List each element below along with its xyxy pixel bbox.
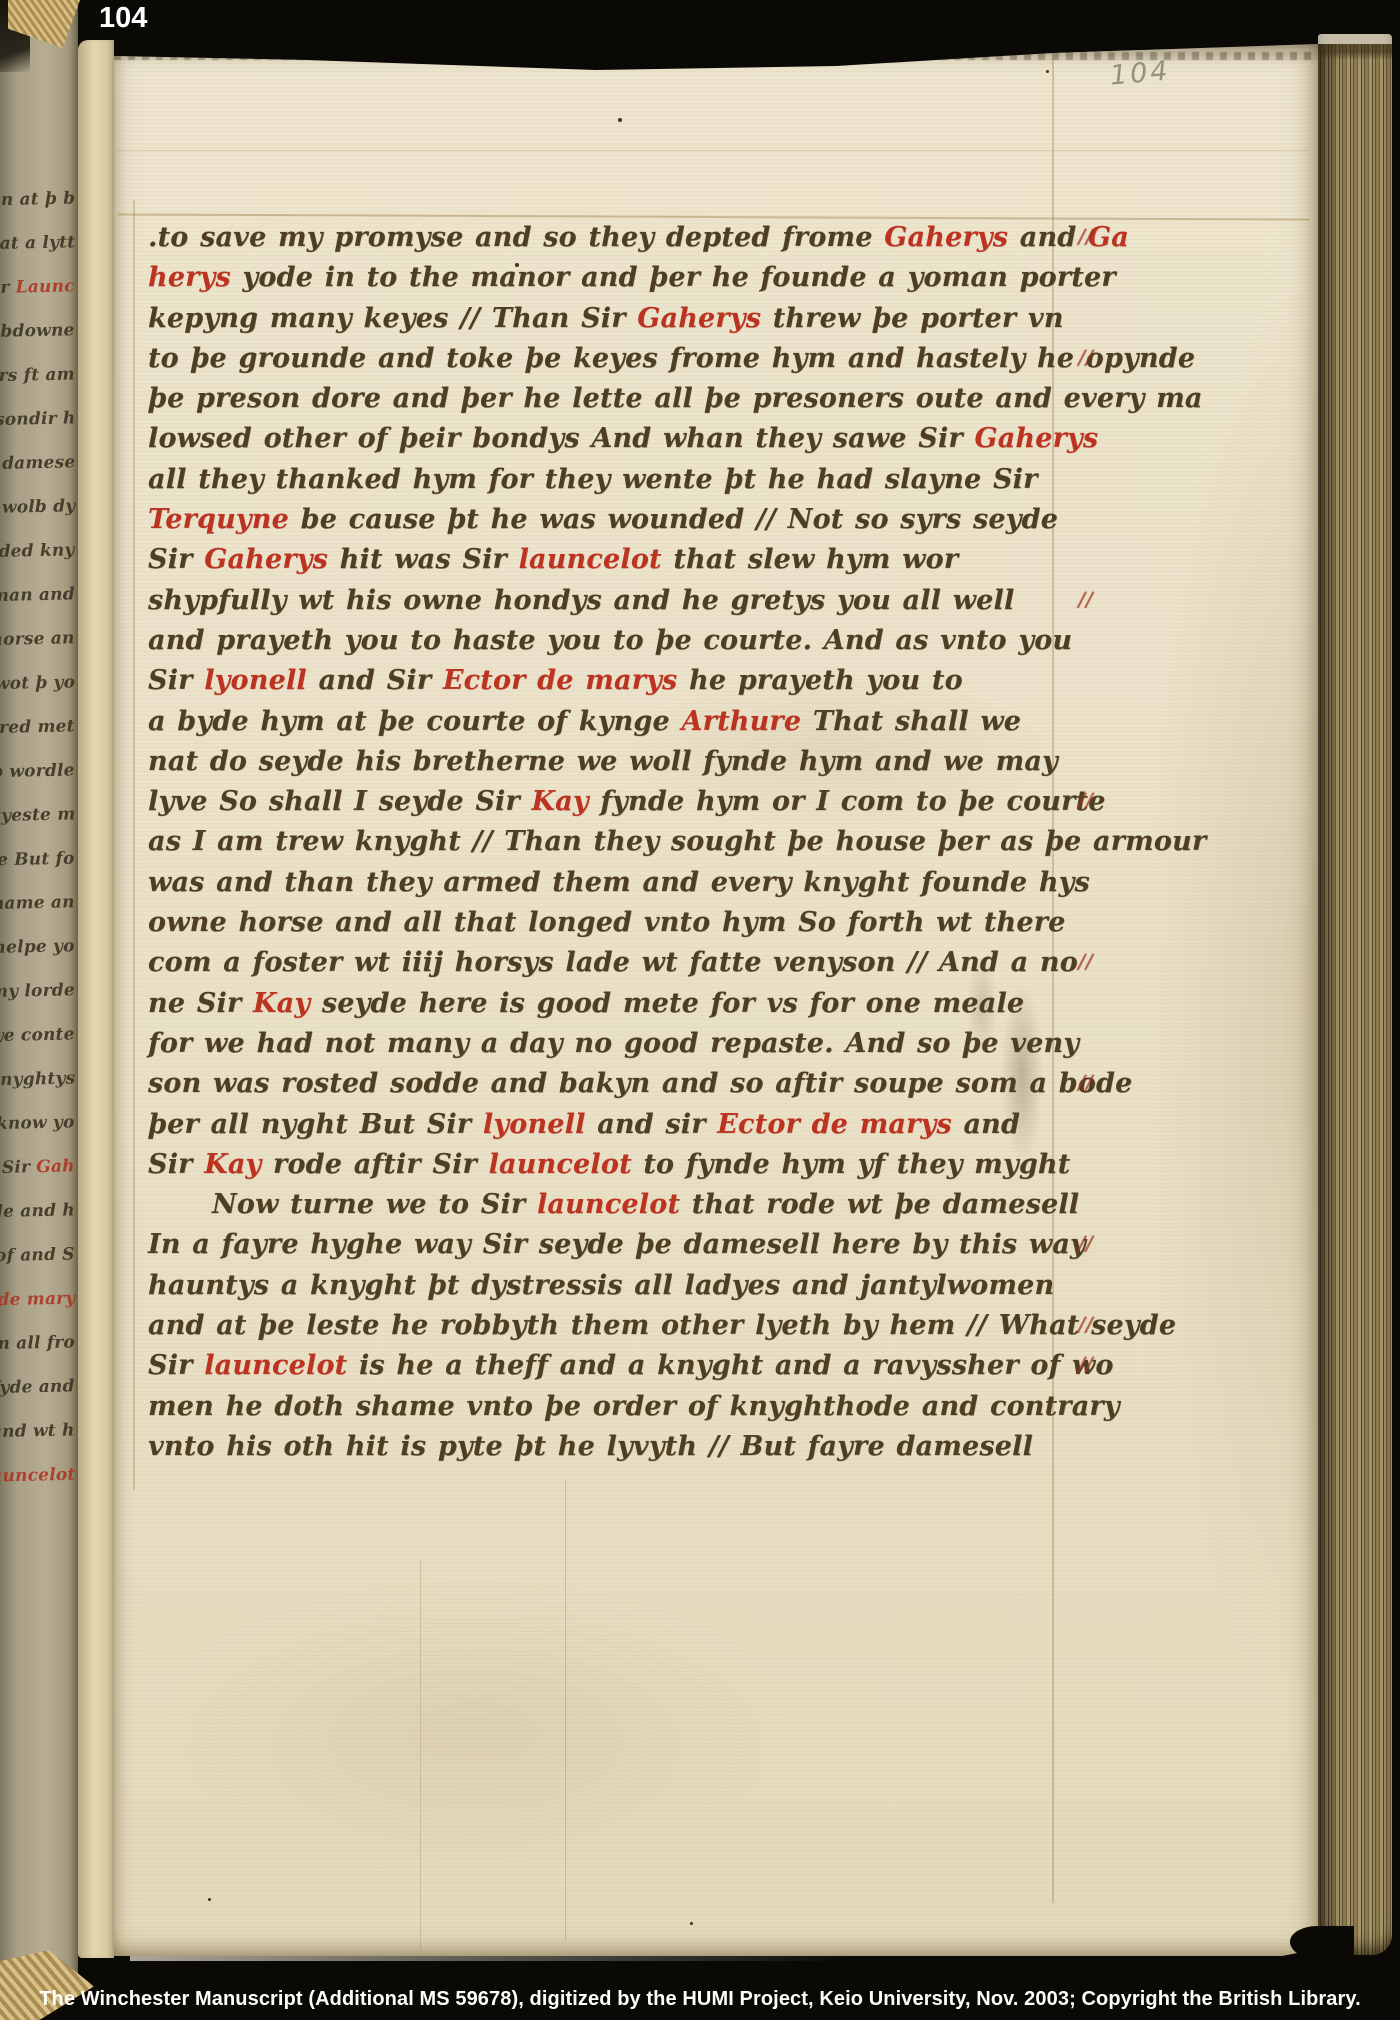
manuscript-line: and prayeth you to haste you to þe court… [148, 625, 1098, 665]
facing-leaf-text-fragment: lorde I wot þ yo [0, 672, 75, 695]
facing-leaf-text-fragment: cast for my lorde [0, 980, 75, 1003]
rubric-margin-mark: // [1078, 224, 1093, 248]
ink-text: hit was Sir [328, 544, 518, 575]
rubric-margin-mark: // [1078, 788, 1093, 812]
rubric-word: Kay [253, 988, 310, 1019]
frame-page-number: 104 [99, 2, 147, 35]
ink-text: seyde here is good mete for vs for one m… [310, 988, 1024, 1019]
ink-text: .to save my promyse and so they depted f… [148, 222, 884, 253]
ink-spot [208, 1898, 211, 1901]
ink-text: copled of and S [0, 1244, 75, 1267]
facing-leaf-text-fragment: hym by þ bdowne [0, 320, 75, 344]
manuscript-line: þer all nyght But Sir lyonell and sir Ec… [148, 1109, 1098, 1149]
manuscript-line: a byde hym at þe courte of kynge Arthure… [148, 706, 1098, 746]
facing-leaf-text-fragment: where ye wolb dy [0, 496, 75, 519]
facing-leaf-text-fragment: than þ ye conte [0, 1024, 75, 1047]
manuscript-text-block: .to save my promyse and so they depted f… [148, 222, 1098, 1471]
rubric-word: Gaherys [884, 222, 1008, 253]
rubric-word: Ector de mary [0, 1289, 75, 1312]
ink-text: ne Sir [148, 988, 253, 1019]
ink-text: as I am trew knyght // Than they sought … [148, 826, 1206, 857]
facing-leaf-text-fragment: ecke in sondir h [0, 408, 75, 431]
ink-text: many knyghtys [0, 1068, 75, 1091]
ink-spot [618, 118, 622, 122]
ink-text: horse an [0, 628, 75, 650]
rubric-word: Gah [36, 1156, 75, 1177]
ink-text: vnto the damese [0, 452, 75, 475]
facing-leaf-text-fragment: alyped Sir Launc [0, 276, 75, 299]
rubric-margin-mark: // [1078, 1312, 1093, 1336]
rubric-word: Ector de marys [717, 1109, 952, 1140]
manuscript-line: shypfully wt his owne hondys and he gret… [148, 585, 1098, 625]
facing-leaf-text-fragment: many knyghtys [0, 1068, 75, 1091]
manuscript-line: was and than they armed them and every k… [148, 867, 1098, 907]
ink-text: be cause þt he was wounded // Not so syr… [289, 504, 1058, 535]
ink-text: ecke in sondir h [0, 408, 75, 431]
rubric-margin-mark: // [1078, 1070, 1093, 1094]
ink-text: þer all nyght But Sir [148, 1109, 483, 1140]
ink-text: a byde hym at þe courte of kynge [148, 706, 682, 737]
rubric-word: herys [148, 262, 231, 293]
manuscript-line: In a fayre hyghe way Sir seyde þe damese… [148, 1229, 1098, 1269]
rubric-word: Kay [532, 786, 589, 817]
facing-leaf-text-fragment: to this man and [0, 584, 75, 607]
manuscript-line: lowsed other of þeir bondys And whan the… [148, 423, 1098, 463]
rubric-word: Gaherys [637, 303, 761, 334]
ink-text: bothe fared met [0, 716, 75, 739]
facing-leaf-text-fragment: courte and wt h [0, 1420, 75, 1443]
manuscript-line: men he doth shame vnto þe order of knygh… [148, 1391, 1098, 1431]
ink-text: where ye wolb dy [0, 496, 75, 519]
ink-text: rode aftir Sir [261, 1149, 488, 1180]
ink-text: threw þe porter vn [761, 303, 1064, 334]
ink-text: yode in to the manor and þer he founde a… [231, 262, 1116, 293]
ink-text: that slew hym wor [662, 544, 959, 575]
rubric-word: Launc [16, 276, 75, 297]
ink-text: his shelde and h [0, 1200, 75, 1223]
ink-text: son was rosted sodde and bakyn and so af… [148, 1068, 1132, 1099]
ink-text: hauntys a knyght þt dystressis all ladye… [148, 1270, 1054, 1301]
ink-text: Sir [148, 544, 204, 575]
facing-leaf-text-fragment: þ myghtyeste m [0, 804, 75, 827]
ink-spot [1046, 70, 1049, 73]
ink-text: hym by þ bdowne [0, 320, 75, 344]
rubric-margin-mark: // [1078, 949, 1093, 973]
manuscript-line: for we had not many a day no good repast… [148, 1028, 1098, 1068]
facing-leaf-text-fragment: of Launcelot [0, 1465, 75, 1488]
rubric-margin-mark: // [1078, 1231, 1093, 1255]
ruling-line-left-margin [133, 200, 135, 1490]
ink-text: all they thanked hym for they wente þt h… [148, 464, 1038, 495]
ink-text: men he doth shame vnto þe order of knygh… [148, 1391, 1120, 1422]
ink-text: Sir [148, 1350, 204, 1381]
facing-leaf-text-fragment: f som what a lytt [0, 232, 75, 255]
facing-leaf-text-fragment: his kners ft am [0, 364, 75, 387]
rubric-word: launcelot [537, 1189, 680, 1220]
manuscript-line: ne Sir Kay seyde here is good mete for v… [148, 988, 1098, 1028]
ink-text: That shall we [801, 706, 1021, 737]
ink-text: lde and Sir [0, 1157, 37, 1179]
manuscript-line: lyve So shall I seyde Sir Kay fynde hym … [148, 786, 1098, 826]
gutter-band [78, 40, 114, 1958]
manuscript-line: herys yode in to the manor and þer he fo… [148, 262, 1098, 302]
ink-text: I sawe But fo [0, 849, 75, 872]
ink-text: com a foster wt iiij horsys lade wt fatt… [148, 947, 1078, 978]
ink-text: þe preson dore and þer he lette all þe p… [148, 383, 1203, 414]
facing-leaf-text-fragment: ought to helpe yo [0, 936, 75, 960]
ink-text: In a fayre hyghe way Sir seyde þe damese… [148, 1229, 1086, 1260]
ink-text: to this man and [0, 584, 75, 607]
manuscript-line: þe preson dore and þer he lette all þe p… [148, 383, 1098, 423]
pencil-folio-number: 104 [1109, 55, 1172, 91]
facing-leaf-text-fragment: I sawe But fo [0, 849, 75, 872]
ink-text: to fynde hym yf they myght [632, 1149, 1071, 1180]
ink-text: le me yo name an [0, 892, 75, 916]
facing-leaf-text-fragment: as they fyde and [0, 1376, 75, 1399]
ruling-line-top-faint [118, 150, 1310, 151]
ink-text: and [952, 1109, 1020, 1140]
facing-leaf-text-fragment: vnto the damese [0, 452, 75, 475]
ink-text: his kners ft am [0, 364, 75, 387]
facing-leaf-text-fragment: le me yo name an [0, 892, 75, 916]
facing-leaf-text-fragment: copled of and S [0, 1244, 75, 1267]
rubric-word: lyonell [204, 665, 307, 696]
facing-leaf-text-fragment: Gaherys horse an [0, 628, 75, 652]
ink-text: ought to helpe yo [0, 936, 75, 960]
rubric-word: launcelot [489, 1149, 632, 1180]
facing-leaf-text-fragment: his shelde and h [0, 1200, 75, 1223]
ink-text: nat do seyde his bretherne we woll fynde… [148, 746, 1058, 777]
ink-spot [690, 1922, 693, 1925]
ink-text: fynde hym or I com to þe courte [589, 786, 1106, 817]
rubric-word: launcelot [519, 544, 662, 575]
ink-text: Sir [148, 665, 204, 696]
rubric-word: Gaherys [204, 544, 328, 575]
ink-text: de Than at þ b [0, 189, 75, 212]
ink-text: and [1008, 222, 1088, 253]
manuscript-line: Sir launcelot is he a theff and a knyght… [148, 1350, 1098, 1390]
ink-text: lyve So shall I seyde Sir [148, 786, 532, 817]
ink-text: ete them all fro [0, 1332, 75, 1355]
ink-text: and prayeth you to haste you to þe court… [148, 625, 1072, 656]
rubric-margin-mark: // [1078, 1352, 1093, 1376]
ink-text: vnto his oth hit is pyte þt he lyvyth //… [148, 1431, 1033, 1462]
ink-text: lowsed other of þeir bondys And whan the… [148, 423, 974, 454]
ink-text: Now turne we to Sir [212, 1189, 537, 1220]
ink-text: for we had not many a day no good repast… [148, 1028, 1079, 1059]
manuscript-line: as I am trew knyght // Than they sought … [148, 826, 1098, 866]
manuscript-line: all they thanked hym for they wente þt h… [148, 464, 1098, 504]
ink-text: to þe grounde and toke þe keyes frome hy… [148, 343, 1195, 374]
facing-leaf-text-fragment: olde þ I know yo [0, 1112, 75, 1135]
manuscript-line: hauntys a knyght þt dystressis all ladye… [148, 1270, 1098, 1310]
facing-leaf-text-fragment: ght in þ wordle [0, 760, 75, 783]
ink-text: is he a theff and a knyght and a ravyssh… [347, 1350, 1113, 1381]
shadow-corner-bottom-right [1290, 1926, 1354, 1960]
ink-text: ght in þ wordle [0, 760, 75, 783]
manuscript-line: kepyng many keyes // Than Sir Gaherys th… [148, 303, 1098, 343]
ink-text: that rode wt þe damesell [680, 1189, 1079, 1220]
ink-text: alyped Sir [0, 278, 16, 300]
digitized-manuscript-photo: { "photo": { "frame_page_number": "104",… [0, 0, 1400, 2020]
page-bottom-highlight [130, 1956, 850, 1961]
rubric-word: Kay [204, 1149, 261, 1180]
facing-leaf-text-fragment: de Than at þ b [0, 189, 75, 212]
ink-text: kepyng many keyes // Than Sir [148, 303, 637, 334]
ink-text: cast for my lorde [0, 980, 75, 1003]
facing-leaf-text-fragment: lde and Sir Gah [0, 1156, 75, 1179]
manuscript-line: .to save my promyse and so they depted f… [148, 222, 1098, 262]
rubric-margin-mark: // [1078, 345, 1093, 369]
ink-text: f som what a lytt [0, 232, 75, 255]
manuscript-line: Sir lyonell and Sir Ector de marys he pr… [148, 665, 1098, 705]
ink-text: was and than they armed them and every k… [148, 867, 1090, 898]
facing-leaf-text-fragment: his wounded kny [0, 540, 75, 563]
facing-leaf-text-fragment: bothe fared met [0, 716, 75, 739]
rubric-word: Ector de marys [443, 665, 678, 696]
ink-text: as they fyde and [0, 1376, 75, 1399]
manuscript-line: Sir Gaherys hit was Sir launcelot that s… [148, 544, 1098, 584]
ink-text: than þ ye conte [0, 1024, 75, 1047]
ink-text: lorde I wot þ yo [0, 672, 75, 695]
rubric-word: Gaherys [974, 423, 1098, 454]
manuscript-line: son was rosted sodde and bakyn and so af… [148, 1068, 1098, 1108]
manuscript-line: Terquyne be cause þt he was wounded // N… [148, 504, 1098, 544]
facing-leaf-text-fragment: ete them all fro [0, 1332, 75, 1355]
ink-text: and at þe leste he robbyth them other ly… [148, 1310, 1176, 1341]
rubric-word: Launcelot [0, 1465, 75, 1487]
rubric-margin-mark: // [1078, 587, 1093, 611]
rubric-word: Ga [1088, 222, 1129, 253]
ink-text: shypfully wt his owne hondys and he gret… [148, 585, 1014, 616]
ink-text: he prayeth you to [677, 665, 962, 696]
fore-edge-page-stack [1318, 34, 1392, 1955]
rubric-word: lyonell [483, 1109, 586, 1140]
manuscript-line: vnto his oth hit is pyte þt he lyvyth //… [148, 1431, 1098, 1471]
ink-text: his wounded kny [0, 540, 75, 563]
manuscript-line: com a foster wt iiij horsys lade wt fatt… [148, 947, 1098, 987]
rubric-word: Terquyne [148, 504, 289, 535]
ink-text: owne horse and all that longed vnto hym … [148, 907, 1066, 938]
rubric-word: Arthure [682, 706, 802, 737]
facing-leaf-strip: de Than at þ bf som what a lyttalyped Si… [0, 0, 78, 1996]
manuscript-line: to þe grounde and toke þe keyes frome hy… [148, 343, 1098, 383]
photo-caption: The Winchester Manuscript (Additional MS… [0, 1988, 1400, 2011]
ink-text: and sir [586, 1109, 718, 1140]
facing-leaf-text-fragment: Ector de mary [0, 1289, 75, 1312]
ink-text: courte and wt h [0, 1420, 75, 1443]
manuscript-line: nat do seyde his bretherne we woll fynde… [148, 746, 1098, 786]
manuscript-line: owne horse and all that longed vnto hym … [148, 907, 1098, 947]
manuscript-line: Now turne we to Sir launcelot that rode … [148, 1189, 1098, 1229]
manuscript-line: and at þe leste he robbyth them other ly… [148, 1310, 1098, 1350]
manuscript-line: Sir Kay rode aftir Sir launcelot to fynd… [148, 1149, 1098, 1189]
ink-text: olde þ I know yo [0, 1112, 75, 1135]
parchment-crease [420, 1560, 421, 1950]
parchment-crease [565, 1480, 566, 1940]
ink-text: þ myghtyeste m [0, 804, 75, 827]
rubric-word: launcelot [204, 1350, 347, 1381]
ink-text: and Sir [307, 665, 443, 696]
ink-text: Sir [148, 1149, 204, 1180]
